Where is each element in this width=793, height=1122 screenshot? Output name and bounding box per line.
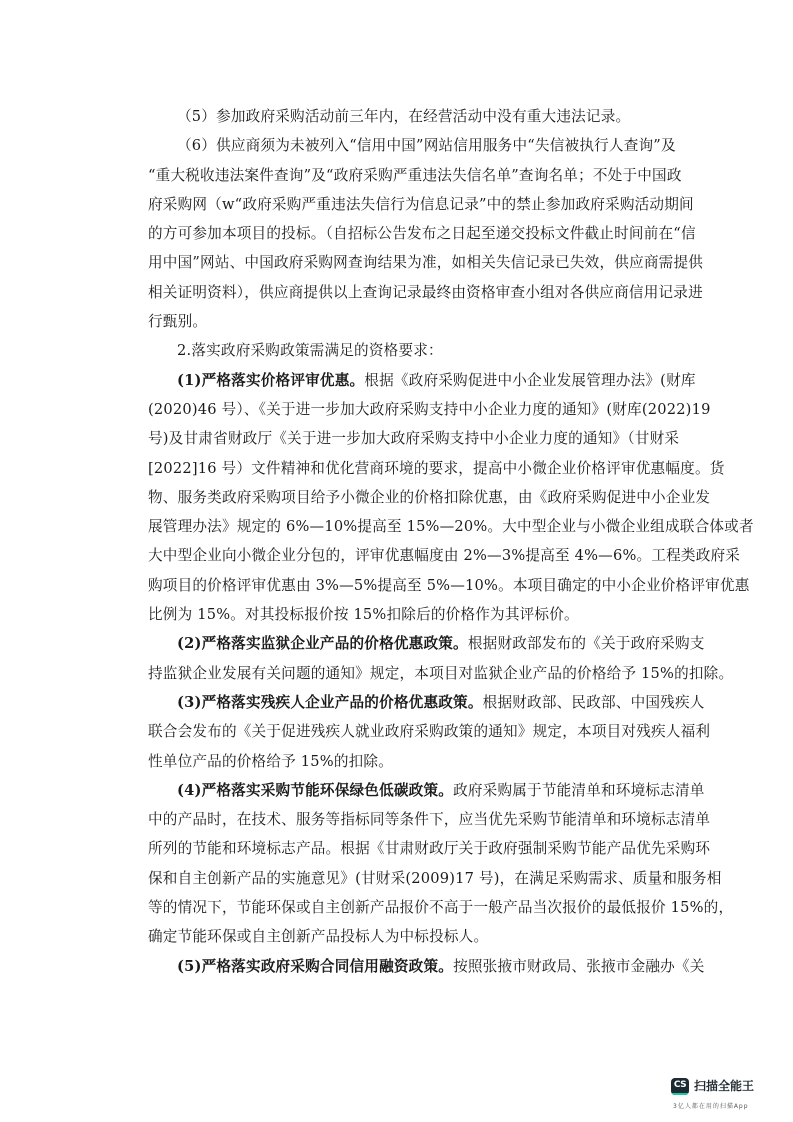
text-line: 所列的节能和环境标志产品。根据《甘肃财政厅关于政府强制采购节能产品优先采购环 bbox=[148, 834, 650, 863]
policy-text: 按照张掖市财政局、张掖市金融办《关 bbox=[453, 958, 705, 975]
text-line: 性单位产品的价格给予 15%的扣除。 bbox=[148, 747, 650, 776]
paragraph-requirement-6: （6）供应商须为未被列入“信用中国”网站信用服务中“失信被执行人查询”及 “重大… bbox=[148, 131, 650, 336]
section-heading-2: 2.落实政府采购政策需满足的资格要求： bbox=[148, 336, 650, 365]
text-line: 比例为 15%。对其投标报价按 15%扣除后的价格作为其评标价。 bbox=[148, 600, 650, 629]
policy-title: (5)严格落实政府采购合同信用融资政策。 bbox=[177, 958, 453, 975]
text-line: 保和自主创新产品的实施意见》(甘财采(2009)17 号)，在满足采购需求、质量… bbox=[148, 864, 650, 893]
text-line: 购项目的价格评审优惠由 3%—5%提高至 5%—10%。本项目确定的中小企业价格… bbox=[148, 571, 650, 600]
text-line: （5）参加政府采购活动前三年内，在经营活动中没有重大违法记录。 bbox=[148, 102, 650, 131]
text-line: (4)严格落实采购节能环保绿色低碳政策。政府采购属于节能清单和环境标志清单 bbox=[148, 776, 650, 805]
text-line: 等的情况下，节能环保或自主创新产品报价不高于一般产品当次报价的最低报价 15%的… bbox=[148, 893, 650, 922]
text-line: （6）供应商须为未被列入“信用中国”网站信用服务中“失信被执行人查询”及 bbox=[148, 131, 650, 160]
camscanner-logo-icon: CS bbox=[671, 1078, 689, 1095]
watermark-app-name: 扫描全能王 bbox=[694, 1078, 754, 1095]
policy-title: (4)严格落实采购节能环保绿色低碳政策。 bbox=[177, 782, 453, 799]
policy-text: 政府采购属于节能清单和环境标志清单 bbox=[453, 782, 705, 799]
text-line: (2020)46 号）、《关于进一步加大政府采购支持中小企业力度的通知》(财库(… bbox=[148, 395, 650, 424]
text-line: 号)及甘肃省财政厅《关于进一步加大政府采购支持中小企业力度的通知》（甘财采 bbox=[148, 424, 650, 453]
text-line: 中的产品时，在技术、服务等指标同等条件下，应当优先采购节能清单和环境标志清单 bbox=[148, 805, 650, 834]
text-line: 大中型企业向小微企业分包的，评审优惠幅度由 2%—3%提高至 4%—6%。工程类… bbox=[148, 541, 650, 570]
paragraph-requirement-5: （5）参加政府采购活动前三年内，在经营活动中没有重大违法记录。 bbox=[148, 102, 650, 131]
text-line: 用中国”网站、中国政府采购网查询结果为准，如相关失信记录已失效，供应商需提供 bbox=[148, 248, 650, 277]
scanner-watermark: CS 扫描全能王 3亿人都在用的扫描App bbox=[671, 1078, 786, 1118]
policy-title: (1)严格落实价格评审优惠。 bbox=[177, 372, 364, 389]
text-line: “重大税收违法案件查询”及“政府采购严重违法失信名单”查询名单；不处于中国政 bbox=[148, 161, 650, 190]
text-line: 物、服务类政府采购项目给予小微企业的价格扣除优惠，由《政府采购促进中小企业发 bbox=[148, 483, 650, 512]
watermark-tagline: 3亿人都在用的扫描App bbox=[673, 1101, 749, 1110]
text-line: 府采购网（w“政府采购严重违法失信行为信息记录”中的禁止参加政府采购活动期间 bbox=[148, 190, 650, 219]
text-line: 确定节能环保或自主创新产品投标人为中标投标人。 bbox=[148, 922, 650, 951]
text-line: 联合会发布的《关于促进残疾人就业政府采购政策的通知》规定，本项目对残疾人福利 bbox=[148, 717, 650, 746]
policy-title: (2)严格落实监狱企业产品的价格优惠政策。 bbox=[177, 635, 468, 652]
policy-text: 根据《政府采购促进中小企业发展管理办法》(财库 bbox=[364, 372, 695, 389]
text-line: [2022]16 号）文件精神和优化营商环境的要求，提高中小微企业价格评审优惠幅… bbox=[148, 454, 650, 483]
text-line: (2)严格落实监狱企业产品的价格优惠政策。根据财政部发布的《关于政府采购支 bbox=[148, 629, 650, 658]
section-heading-text: 2.落实政府采购政策需满足的资格要求： bbox=[148, 336, 650, 365]
text-line: 的方可参加本项目的投标。（自招标公告发布之日起至递交投标文件截止时间前在“信 bbox=[148, 219, 650, 248]
text-line: (1)严格落实价格评审优惠。根据《政府采购促进中小企业发展管理办法》(财库 bbox=[148, 366, 650, 395]
text-line: 持监狱企业发展有关问题的通知》规定，本项目对监狱企业产品的价格给予 15%的扣除… bbox=[148, 659, 650, 688]
paragraph-policy-3: (3)严格落实残疾人企业产品的价格优惠政策。根据财政部、民政部、中国残疾人 联合… bbox=[148, 688, 650, 776]
text-line: 行甄别。 bbox=[148, 307, 650, 336]
policy-text: 根据财政部发布的《关于政府采购支 bbox=[468, 635, 705, 652]
document-page: （5）参加政府采购活动前三年内，在经营活动中没有重大违法记录。 （6）供应商须为… bbox=[148, 102, 650, 981]
paragraph-policy-2: (2)严格落实监狱企业产品的价格优惠政策。根据财政部发布的《关于政府采购支 持监… bbox=[148, 629, 650, 688]
text-line: (3)严格落实残疾人企业产品的价格优惠政策。根据财政部、民政部、中国残疾人 bbox=[148, 688, 650, 717]
policy-text: 根据财政部、民政部、中国残疾人 bbox=[483, 694, 705, 711]
paragraph-policy-5: (5)严格落实政府采购合同信用融资政策。按照张掖市财政局、张掖市金融办《关 bbox=[148, 952, 650, 981]
text-line: (5)严格落实政府采购合同信用融资政策。按照张掖市财政局、张掖市金融办《关 bbox=[148, 952, 650, 981]
policy-title: (3)严格落实残疾人企业产品的价格优惠政策。 bbox=[177, 694, 483, 711]
paragraph-policy-1: (1)严格落实价格评审优惠。根据《政府采购促进中小企业发展管理办法》(财库 (2… bbox=[148, 366, 650, 630]
text-line: 相关证明资料），供应商提供以上查询记录最终由资格审查小组对各供应商信用记录进 bbox=[148, 278, 650, 307]
text-line: 展管理办法》规定的 6%—10%提高至 15%—20%。大中型企业与小微企业组成… bbox=[148, 512, 650, 541]
paragraph-policy-4: (4)严格落实采购节能环保绿色低碳政策。政府采购属于节能清单和环境标志清单 中的… bbox=[148, 776, 650, 952]
